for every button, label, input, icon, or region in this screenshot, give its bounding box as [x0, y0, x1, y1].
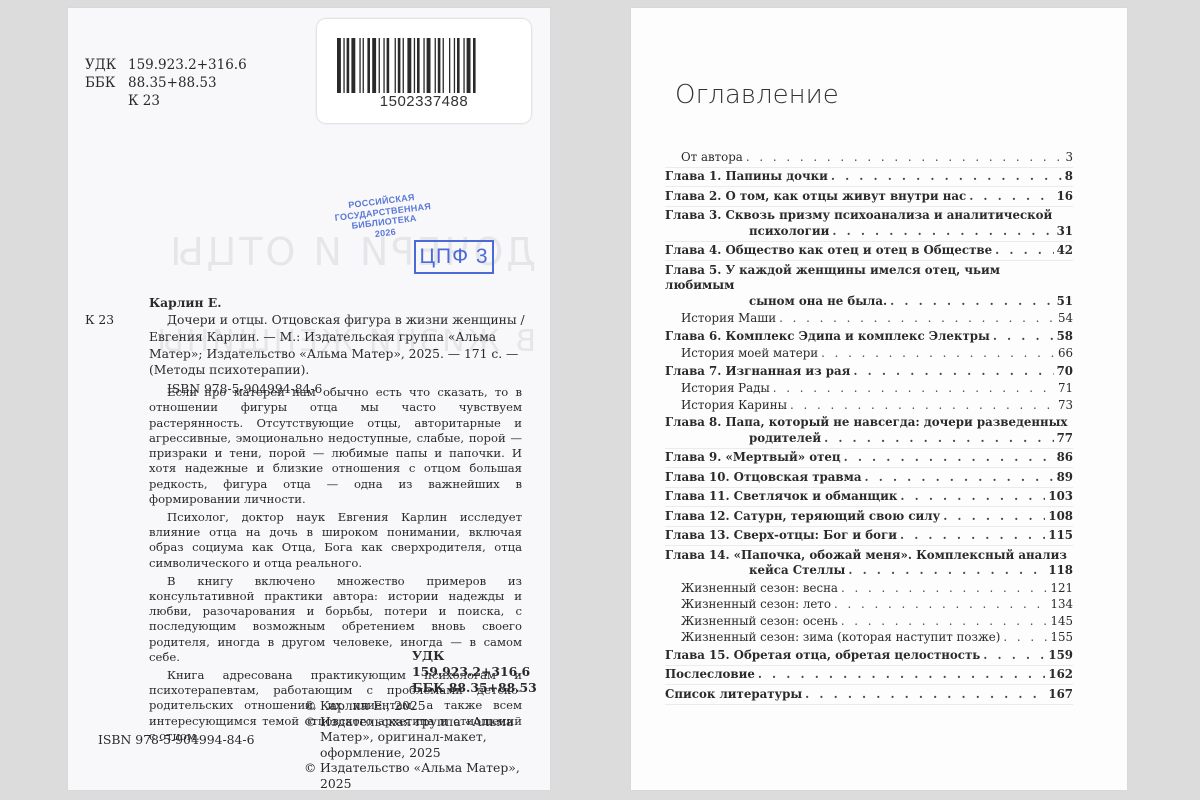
toc-entry: История моей матери66 — [665, 346, 1073, 363]
toc-entry: Жизненный сезон: весна121 — [665, 580, 1073, 597]
toc-page-number: 155 — [1050, 630, 1073, 646]
toc-page-number: 118 — [1048, 563, 1073, 579]
toc-title: Оглавление — [675, 80, 839, 110]
toc-entry-title: Глава 3. Сквозь призму психоанализа и ан… — [665, 208, 1073, 224]
toc-leader-dots — [995, 243, 1053, 259]
toc-leader-dots — [993, 329, 1054, 345]
toc-page-number: 31 — [1057, 224, 1073, 240]
toc-entry: Глава 7. Изгнанная из рая70 — [665, 362, 1073, 381]
toc-page-number: 167 — [1048, 687, 1073, 703]
toc-leader-dots — [841, 614, 1048, 630]
toc-entry-line: кейса Стеллы118 — [665, 563, 1073, 579]
toc-entry-line: Глава 15. Обретая отца, обретая целостно… — [665, 648, 1073, 664]
abstract-paragraph: Психолог, доктор наук Евгения Карлин исс… — [149, 510, 522, 571]
toc-entry-line: Список литературы167 — [665, 687, 1073, 703]
toc-leader-dots — [900, 528, 1045, 544]
toc-page-number: 162 — [1048, 667, 1073, 683]
toc-entry-title: Глава 12. Сатурн, теряющий свою силу — [665, 509, 940, 525]
toc-entry-title: Жизненный сезон: зима (которая наступит … — [681, 630, 1000, 646]
table-of-contents: От автора3Глава 1. Папины дочки8Глава 2.… — [665, 148, 1073, 705]
toc-entry: Глава 12. Сатурн, теряющий свою силу108 — [665, 507, 1073, 527]
toc-page-number: 73 — [1058, 398, 1073, 414]
toc-entry-line: История Рады71 — [665, 381, 1073, 397]
toc-entry-title: Жизненный сезон: лето — [681, 597, 831, 613]
toc-page-number: 71 — [1058, 381, 1073, 397]
toc-entry-line: История Карины73 — [665, 398, 1073, 414]
catalog-author: Карлин Е. — [149, 295, 221, 312]
toc-entry-line: Послесловие162 — [665, 667, 1073, 683]
toc-entry: Глава 13. Сверх-отцы: Бог и боги115 — [665, 527, 1073, 547]
toc-page-number: 54 — [1058, 311, 1073, 327]
toc-entry-title: Послесловие — [665, 667, 755, 683]
toc-entry-title: Глава 5. У каждой женщины имелся отец, ч… — [665, 263, 1073, 294]
toc-entry-line: Глава 6. Комплекс Эдипа и комплекс Элект… — [665, 329, 1073, 345]
udk-bottom: УДК 159.923.2+316.6 — [412, 648, 550, 680]
toc-page-number: 8 — [1065, 169, 1073, 185]
library-stamp: РОССИЙСКАЯ ГОСУДАРСТВЕННАЯ БИБЛИОТЕКА 20… — [333, 190, 434, 244]
toc-leader-dots — [865, 470, 1054, 486]
copyright-text: Издательская группа «Альма Матер», ориги… — [320, 714, 542, 761]
cpf-stamp: ЦПФ 3 — [414, 240, 494, 274]
toc-leader-dots — [844, 450, 1054, 466]
copyright-icon: © — [304, 714, 320, 761]
toc-leader-dots — [848, 563, 1045, 579]
toc-entry-title: Глава 6. Комплекс Эдипа и комплекс Элект… — [665, 329, 990, 345]
toc-entry-title: Глава 2. О том, как отцы живут внутри на… — [665, 189, 966, 205]
toc-page-number: 70 — [1057, 364, 1073, 380]
toc-page-number: 51 — [1057, 294, 1073, 310]
toc-entry-line: История Маши54 — [665, 311, 1073, 327]
toc-entry-title-cont: сыном она не была. — [749, 294, 887, 310]
toc-entry-line: История моей матери66 — [665, 346, 1073, 362]
toc-entry-title: Глава 4. Общество как отец и отец в Обще… — [665, 243, 992, 259]
toc-entry: Глава 6. Комплекс Эдипа и комплекс Элект… — [665, 327, 1073, 346]
toc-page-number: 58 — [1057, 329, 1073, 345]
udk-bbk-top: УДК159.923.2+316.6 ББК88.35+88.53 К 23 — [85, 56, 247, 110]
copyright-block: ©Карлин Е., 2025 ©Издательская группа «А… — [304, 698, 550, 791]
copyright-text: Издательство «Альма Матер», 2025 — [320, 760, 550, 791]
toc-entry: Жизненный сезон: осень145 — [665, 613, 1073, 630]
toc-page-number: 89 — [1057, 470, 1073, 486]
toc-leader-dots — [790, 398, 1055, 414]
copyright-text: Карлин Е., 2025 — [320, 698, 550, 714]
bbk-label: ББК — [85, 74, 128, 92]
toc-entry-line: психологии31 — [665, 224, 1073, 240]
toc-page-number: 159 — [1048, 648, 1073, 664]
udk-bbk-bottom: УДК 159.923.2+316.6 ББК 88.35+88.53 — [412, 648, 550, 696]
right-page-contents: Оглавление От автора3Глава 1. Папины доч… — [631, 8, 1127, 790]
barcode-number: 1502337488 — [317, 93, 531, 110]
toc-page-number: 42 — [1057, 243, 1073, 259]
toc-entry: Жизненный сезон: зима (которая наступит … — [665, 630, 1073, 647]
toc-leader-dots — [943, 509, 1045, 525]
toc-leader-dots — [969, 189, 1053, 205]
toc-entry-line: Глава 10. Отцовская травма89 — [665, 470, 1073, 486]
barcode-sticker: 1502337488 — [317, 19, 531, 123]
toc-entry-title: От автора — [681, 150, 743, 166]
toc-leader-dots — [832, 224, 1053, 240]
toc-page-number: 115 — [1048, 528, 1073, 544]
toc-entry: Глава 1. Папины дочки8 — [665, 168, 1073, 188]
toc-leader-dots — [841, 581, 1048, 597]
toc-leader-dots — [983, 648, 1045, 664]
copyright-icon: © — [304, 698, 320, 714]
toc-leader-dots — [805, 687, 1045, 703]
toc-entry-title: Жизненный сезон: осень — [681, 614, 838, 630]
toc-leader-dots — [834, 597, 1048, 613]
toc-entry-line: От автора3 — [665, 150, 1073, 166]
toc-entry-title: История Маши — [681, 311, 776, 327]
toc-entry-line: Глава 11. Светлячок и обманщик103 — [665, 489, 1073, 505]
toc-entry: Список литературы167 — [665, 685, 1073, 705]
udk-label: УДК — [85, 56, 128, 74]
toc-entry: История Маши54 — [665, 311, 1073, 328]
toc-entry-line: Глава 13. Сверх-отцы: Бог и боги115 — [665, 528, 1073, 544]
toc-leader-dots — [746, 150, 1063, 166]
toc-entry-line: Глава 4. Общество как отец и отец в Обще… — [665, 243, 1073, 259]
toc-entry: Глава 14. «Папочка, обожай меня». Компле… — [665, 546, 1073, 580]
toc-leader-dots — [900, 489, 1045, 505]
toc-entry: Глава 3. Сквозь призму психоанализа и ан… — [665, 207, 1073, 242]
toc-entry: Глава 2. О том, как отцы живут внутри на… — [665, 187, 1073, 207]
toc-page-number: 108 — [1048, 509, 1073, 525]
toc-entry-title-cont: родителей — [749, 431, 821, 447]
toc-page-number: 121 — [1050, 581, 1073, 597]
toc-entry-line: Глава 9. «Мертвый» отец86 — [665, 450, 1073, 466]
toc-page-number: 16 — [1057, 189, 1073, 205]
toc-leader-dots — [831, 169, 1062, 185]
toc-entry-title: Глава 8. Папа, который не навсегда: доче… — [665, 415, 1073, 431]
bbk-bottom: ББК 88.35+88.53 — [412, 680, 550, 696]
catalog-code: К 23 — [85, 312, 114, 329]
toc-leader-dots — [853, 364, 1053, 380]
toc-entry-title: История Рады — [681, 381, 770, 397]
toc-page-number: 145 — [1050, 614, 1073, 630]
toc-leader-dots — [758, 667, 1046, 683]
toc-entry-line: Жизненный сезон: осень145 — [665, 614, 1073, 630]
toc-entry-title-cont: психологии — [749, 224, 829, 240]
toc-entry-title: История Карины — [681, 398, 787, 414]
toc-entry-title: Глава 7. Изгнанная из рая — [665, 364, 850, 380]
udk-value: 159.923.2+316.6 — [128, 56, 247, 74]
toc-leader-dots — [824, 431, 1053, 447]
toc-entry-title: Глава 14. «Папочка, обожай меня». Компле… — [665, 548, 1073, 564]
toc-page-number: 77 — [1057, 431, 1073, 447]
bbk-value: 88.35+88.53 — [128, 74, 217, 92]
toc-page-number: 103 — [1048, 489, 1073, 505]
toc-leader-dots — [773, 381, 1055, 397]
toc-page-number: 134 — [1050, 597, 1073, 613]
toc-leader-dots — [821, 346, 1055, 362]
toc-entry: Глава 4. Общество как отец и отец в Обще… — [665, 242, 1073, 262]
toc-entry: История Рады71 — [665, 381, 1073, 398]
toc-leader-dots — [890, 294, 1053, 310]
toc-page-number: 3 — [1065, 150, 1073, 166]
author-mark: К 23 — [128, 92, 160, 110]
toc-entry-title: Глава 11. Светлячок и обманщик — [665, 489, 897, 505]
toc-entry-title: Глава 9. «Мертвый» отец — [665, 450, 841, 466]
catalog-description: Дочери и отцы. Отцовская фигура в жизни … — [149, 312, 539, 379]
toc-entry-title: История моей матери — [681, 346, 818, 362]
toc-entry-title-cont: кейса Стеллы — [749, 563, 845, 579]
toc-entry: Глава 5. У каждой женщины имелся отец, ч… — [665, 261, 1073, 311]
toc-entry: Глава 11. Светлячок и обманщик103 — [665, 488, 1073, 508]
toc-entry-line: родителей77 — [665, 431, 1073, 447]
toc-entry: Жизненный сезон: лето134 — [665, 597, 1073, 614]
toc-entry-line: Глава 12. Сатурн, теряющий свою силу108 — [665, 509, 1073, 525]
toc-entry-title: Список литературы — [665, 687, 802, 703]
toc-page-number: 66 — [1058, 346, 1073, 362]
toc-entry: Послесловие162 — [665, 666, 1073, 686]
toc-page-number: 86 — [1057, 450, 1073, 466]
toc-entry: Глава 10. Отцовская травма89 — [665, 468, 1073, 488]
toc-entry-line: Жизненный сезон: зима (которая наступит … — [665, 630, 1073, 646]
toc-entry: Глава 9. «Мертвый» отец86 — [665, 449, 1073, 469]
toc-entry: Глава 15. Обретая отца, обретая целостно… — [665, 646, 1073, 666]
toc-entry-title: Глава 1. Папины дочки — [665, 169, 828, 185]
barcode-icon — [337, 38, 511, 93]
toc-entry-line: сыном она не была.51 — [665, 294, 1073, 310]
toc-leader-dots — [1003, 630, 1047, 646]
copyright-icon: © — [304, 760, 320, 791]
toc-entry-title: Глава 10. Отцовская травма — [665, 470, 862, 486]
isbn-bottom: ISBN 978-5-904994-84-6 — [98, 732, 255, 747]
toc-entry: История Карины73 — [665, 397, 1073, 414]
toc-entry: От автора3 — [665, 148, 1073, 168]
toc-entry-title: Жизненный сезон: весна — [681, 581, 838, 597]
toc-entry-line: Глава 2. О том, как отцы живут внутри на… — [665, 189, 1073, 205]
toc-entry-line: Глава 7. Изгнанная из рая70 — [665, 364, 1073, 380]
abstract-paragraph: Если про матерей нам обычно есть что ска… — [149, 385, 522, 507]
toc-leader-dots — [779, 311, 1055, 327]
toc-entry-title: Глава 13. Сверх-отцы: Бог и боги — [665, 528, 897, 544]
toc-entry-line: Жизненный сезон: лето134 — [665, 597, 1073, 613]
toc-entry-title: Глава 15. Обретая отца, обретая целостно… — [665, 648, 980, 664]
toc-entry: Глава 8. Папа, который не навсегда: доче… — [665, 414, 1073, 449]
toc-entry-line: Глава 1. Папины дочки8 — [665, 169, 1073, 185]
toc-entry-line: Жизненный сезон: весна121 — [665, 581, 1073, 597]
left-page-imprint: УДК159.923.2+316.6 ББК88.35+88.53 К 23 1… — [68, 8, 550, 790]
